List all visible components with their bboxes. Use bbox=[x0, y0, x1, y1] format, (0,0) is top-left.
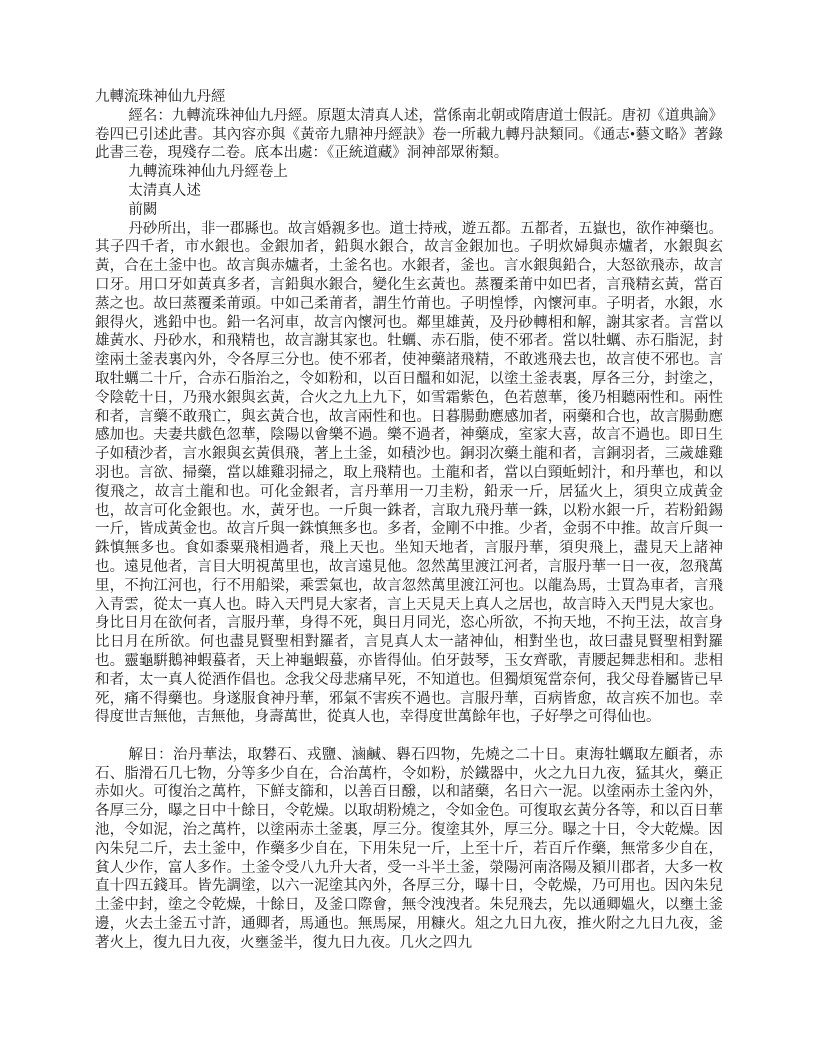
paragraph-spacer bbox=[95, 727, 723, 746]
volume-heading: 九轉流珠神仙九丹經卷上 bbox=[95, 163, 723, 182]
main-commentary-paragraph: 丹砂所出，非一郡縣也。故言婚親多也。道士持戒，遊五都。五都者，五嶽也，欲作神藥也… bbox=[95, 220, 723, 728]
colophon-paragraph: 經名：九轉流珠神仙九丹經。原題太清真人述，當係南北朝或隋唐道士假託。唐初《道典論… bbox=[95, 107, 723, 163]
document-body: 九轉流珠神仙九丹經 經名：九轉流珠神仙九丹經。原題太清真人述，當係南北朝或隋唐道… bbox=[95, 88, 723, 953]
document-title: 九轉流珠神仙九丹經 bbox=[95, 88, 723, 107]
document-page: 九轉流珠神仙九丹經 經名：九轉流珠神仙九丹經。原題太清真人述，當係南北朝或隋唐道… bbox=[0, 0, 816, 1056]
attribution-line: 太清真人述 bbox=[95, 182, 723, 201]
elixir-method-paragraph: 解日：治丹華法，取礬石、戎鹽、滷鹹、礜石四物，先燒之二十日。東海牡蠣取左顧者，赤… bbox=[95, 746, 723, 953]
front-missing-note: 前闕 bbox=[95, 201, 723, 220]
